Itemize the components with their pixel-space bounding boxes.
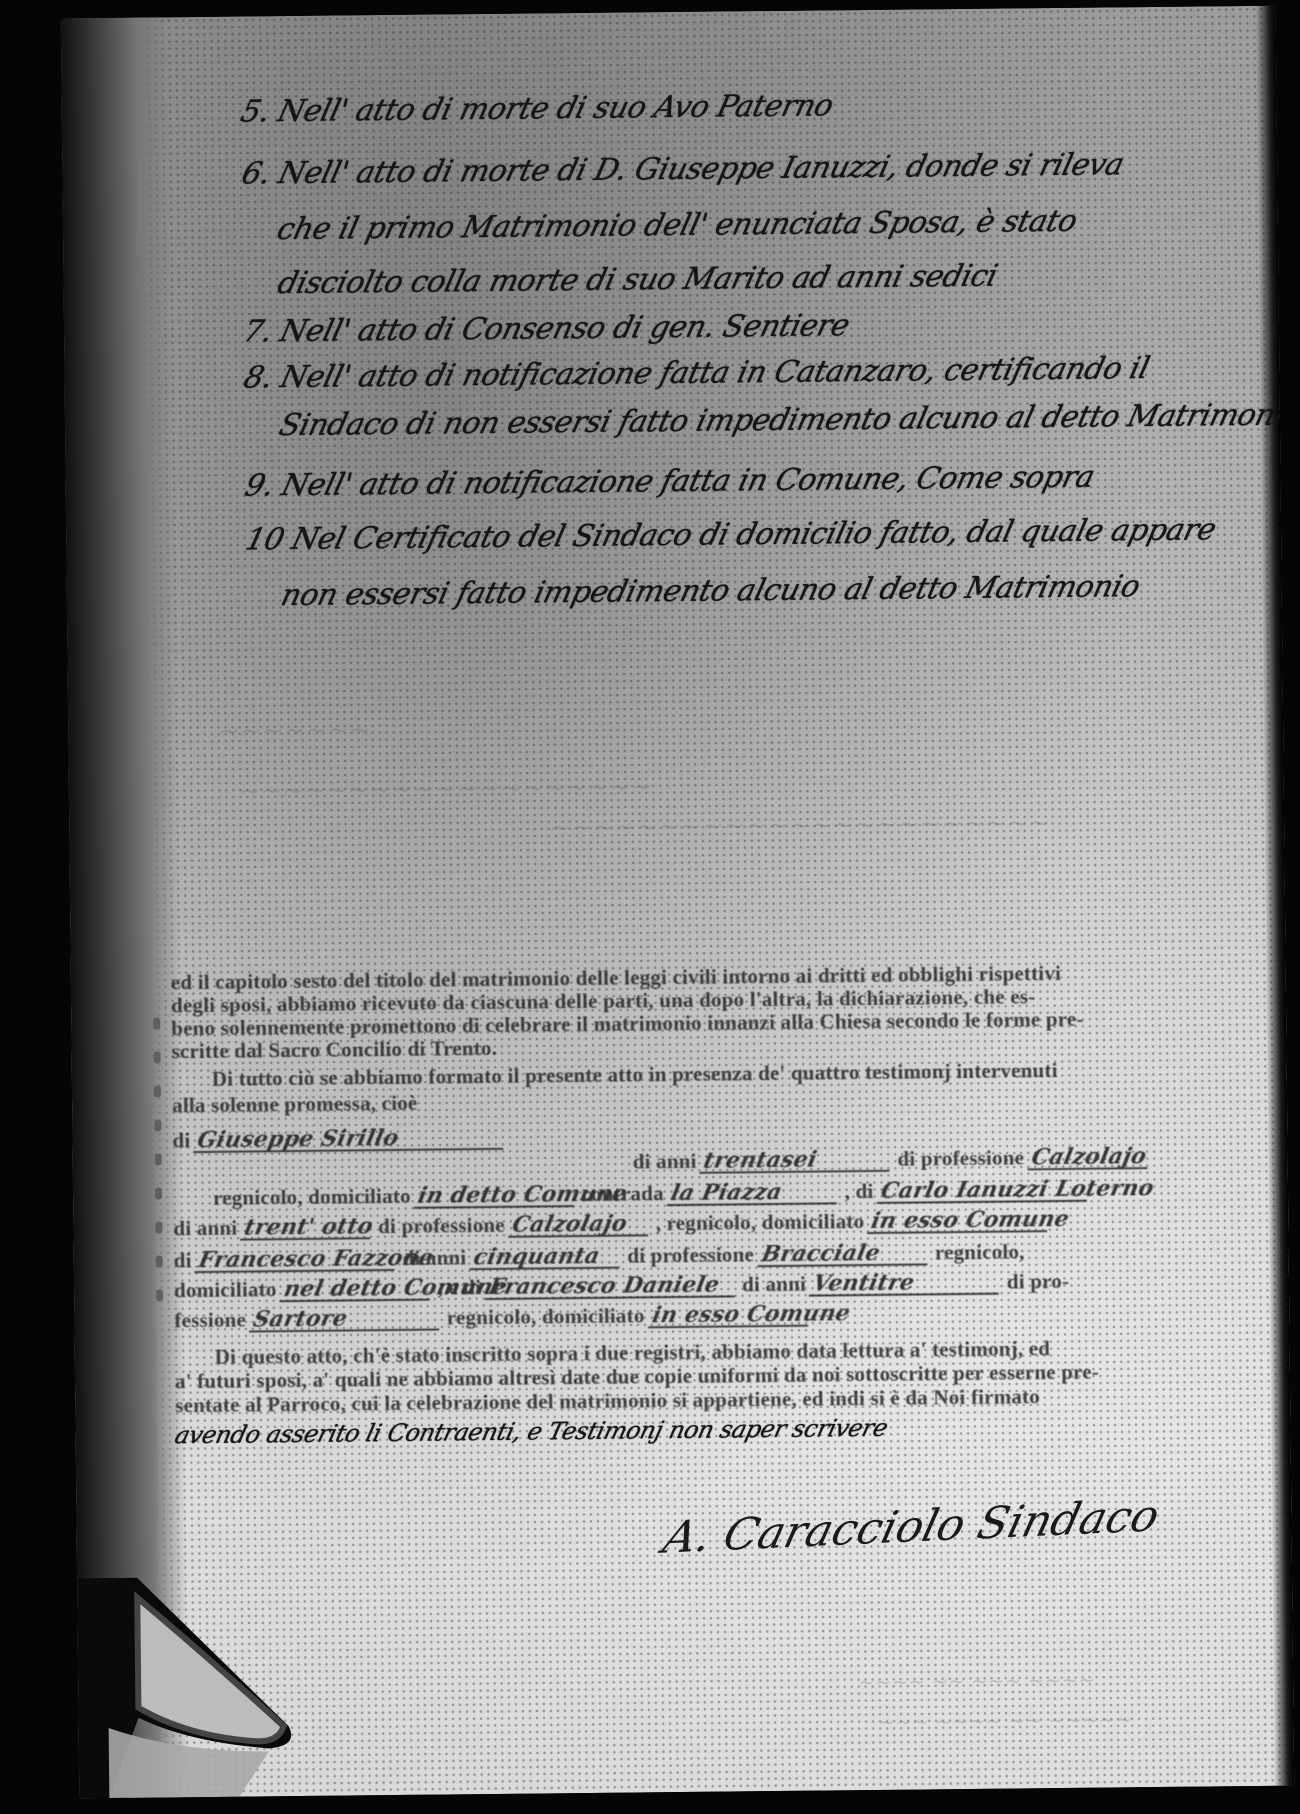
bleed-through-text: ~~~~~~~~~~~~~~~~~~~~~~~ bbox=[546, 808, 1053, 843]
mayor-signature: A. Caracciolo Sindaco bbox=[658, 1490, 1164, 1563]
witness3-profession-field: Bracciale bbox=[757, 1241, 932, 1267]
witness1-domicile-field: in detto Comune bbox=[414, 1183, 579, 1209]
bleed-through-text: ~~~~ ~~ ~~~ ~~~~ bbox=[856, 1668, 1098, 1695]
scanned-page: 5. Nell' atto di morte di suo Avo Patern… bbox=[61, 6, 1295, 1799]
witness-line-5: domiciliato nel detto Comune , e di Fran… bbox=[174, 1270, 1069, 1303]
witness-line-4: di Francesco Fazzone di anni cinquanta d… bbox=[174, 1240, 1025, 1273]
witness-line-2: regnicolo, domiciliato in detto Comune c… bbox=[213, 1178, 1089, 1211]
list-item-9: 9. Nell' atto di notificazione fatta in … bbox=[241, 460, 1097, 504]
witness2-profession-field: Calzolajo bbox=[508, 1212, 653, 1238]
printed-para2-line1: Di tutto ciò se abbiamo formato il prese… bbox=[212, 1060, 1058, 1090]
witness3-domicile-field: nel detto Comune bbox=[280, 1277, 435, 1303]
witness4-name-field: Francesco Daniele bbox=[484, 1273, 739, 1300]
handwritten-closing-note: avendo asserito li Contraenti, e Testimo… bbox=[172, 1414, 890, 1450]
bleed-through-text: ~~~ ~~~~ ~~ ~~~~~ bbox=[876, 1707, 1135, 1734]
witness2-name-field: Carlo Ianuzzi Loterno bbox=[876, 1178, 1091, 1204]
witness-line-1b: di anni trentasei di professione Calzola… bbox=[633, 1145, 1150, 1174]
witness1-name-field: Giuseppe Sirillo bbox=[193, 1126, 508, 1153]
bleed-through-text: ~~~~~~~ bbox=[215, 715, 421, 747]
witness1-profession-field: Calzolajo bbox=[1027, 1145, 1152, 1170]
witness2-domicile-field: in esso Comune bbox=[867, 1208, 1052, 1234]
binding-shadow bbox=[61, 17, 190, 1798]
list-item-6: 6. Nell' atto di morte di D. Giuseppe Ia… bbox=[238, 147, 1127, 191]
bleed-through-text: ~~~~~~~~~~~~~~~~~~~ bbox=[236, 772, 656, 806]
handwritten-list: 5. Nell' atto di morte di suo Avo Patern… bbox=[61, 6, 1276, 19]
list-item-8-line2: Sindaco di non essersi fatto impedimento… bbox=[276, 397, 1294, 443]
witness-line-6: fessione Sartore regnicolo, domiciliato … bbox=[174, 1303, 810, 1334]
printed-form: ed il capitolo sesto del titolo del matr… bbox=[61, 6, 1276, 19]
printed-para1-line4: scritte dal Sacro Concilio di Trento. bbox=[171, 1038, 497, 1062]
witness1-contrada-field: la Piazza bbox=[667, 1180, 842, 1206]
witness-line-1: di Giuseppe Sirillo bbox=[172, 1126, 506, 1153]
witness4-profession-field: Sartore bbox=[249, 1306, 444, 1332]
list-item-10-line2: non essersi fatto impedimento alcuno al … bbox=[278, 569, 1144, 613]
witness1-age-field: trentasei bbox=[700, 1148, 895, 1174]
list-item-6-line2: che il primo Matrimonio dell' enunciata … bbox=[274, 204, 1081, 247]
witness3-age-field: cinquanta bbox=[469, 1245, 624, 1271]
witness4-age-field: Ventitre bbox=[809, 1271, 1004, 1297]
list-item-6-line3: disciolto colla morte di suo Marito ad a… bbox=[274, 259, 1000, 302]
witness4-domicile-field: in esso Comune bbox=[648, 1303, 813, 1329]
witness2-age-field: trent' otto bbox=[240, 1215, 375, 1240]
list-item-8: 8. Nell' atto di notificazione fatta in … bbox=[240, 351, 1152, 396]
torn-corner-fold bbox=[77, 1575, 359, 1798]
printed-para2-line2: alla solenne promessa, cioè bbox=[172, 1093, 418, 1117]
witness3-name-field: Francesco Fazzone bbox=[195, 1247, 400, 1273]
witness-line-3: di anni trent' otto di professione Calzo… bbox=[173, 1208, 1050, 1241]
list-item-7: 7. Nell' atto di Consenso di gen. Sentie… bbox=[240, 308, 853, 349]
list-item-5: 5. Nell' atto di morte di suo Avo Patern… bbox=[238, 88, 837, 129]
list-item-10: 10 Nel Certificato del Sindaco di domici… bbox=[242, 512, 1219, 557]
page-right-edge bbox=[1256, 6, 1295, 1786]
